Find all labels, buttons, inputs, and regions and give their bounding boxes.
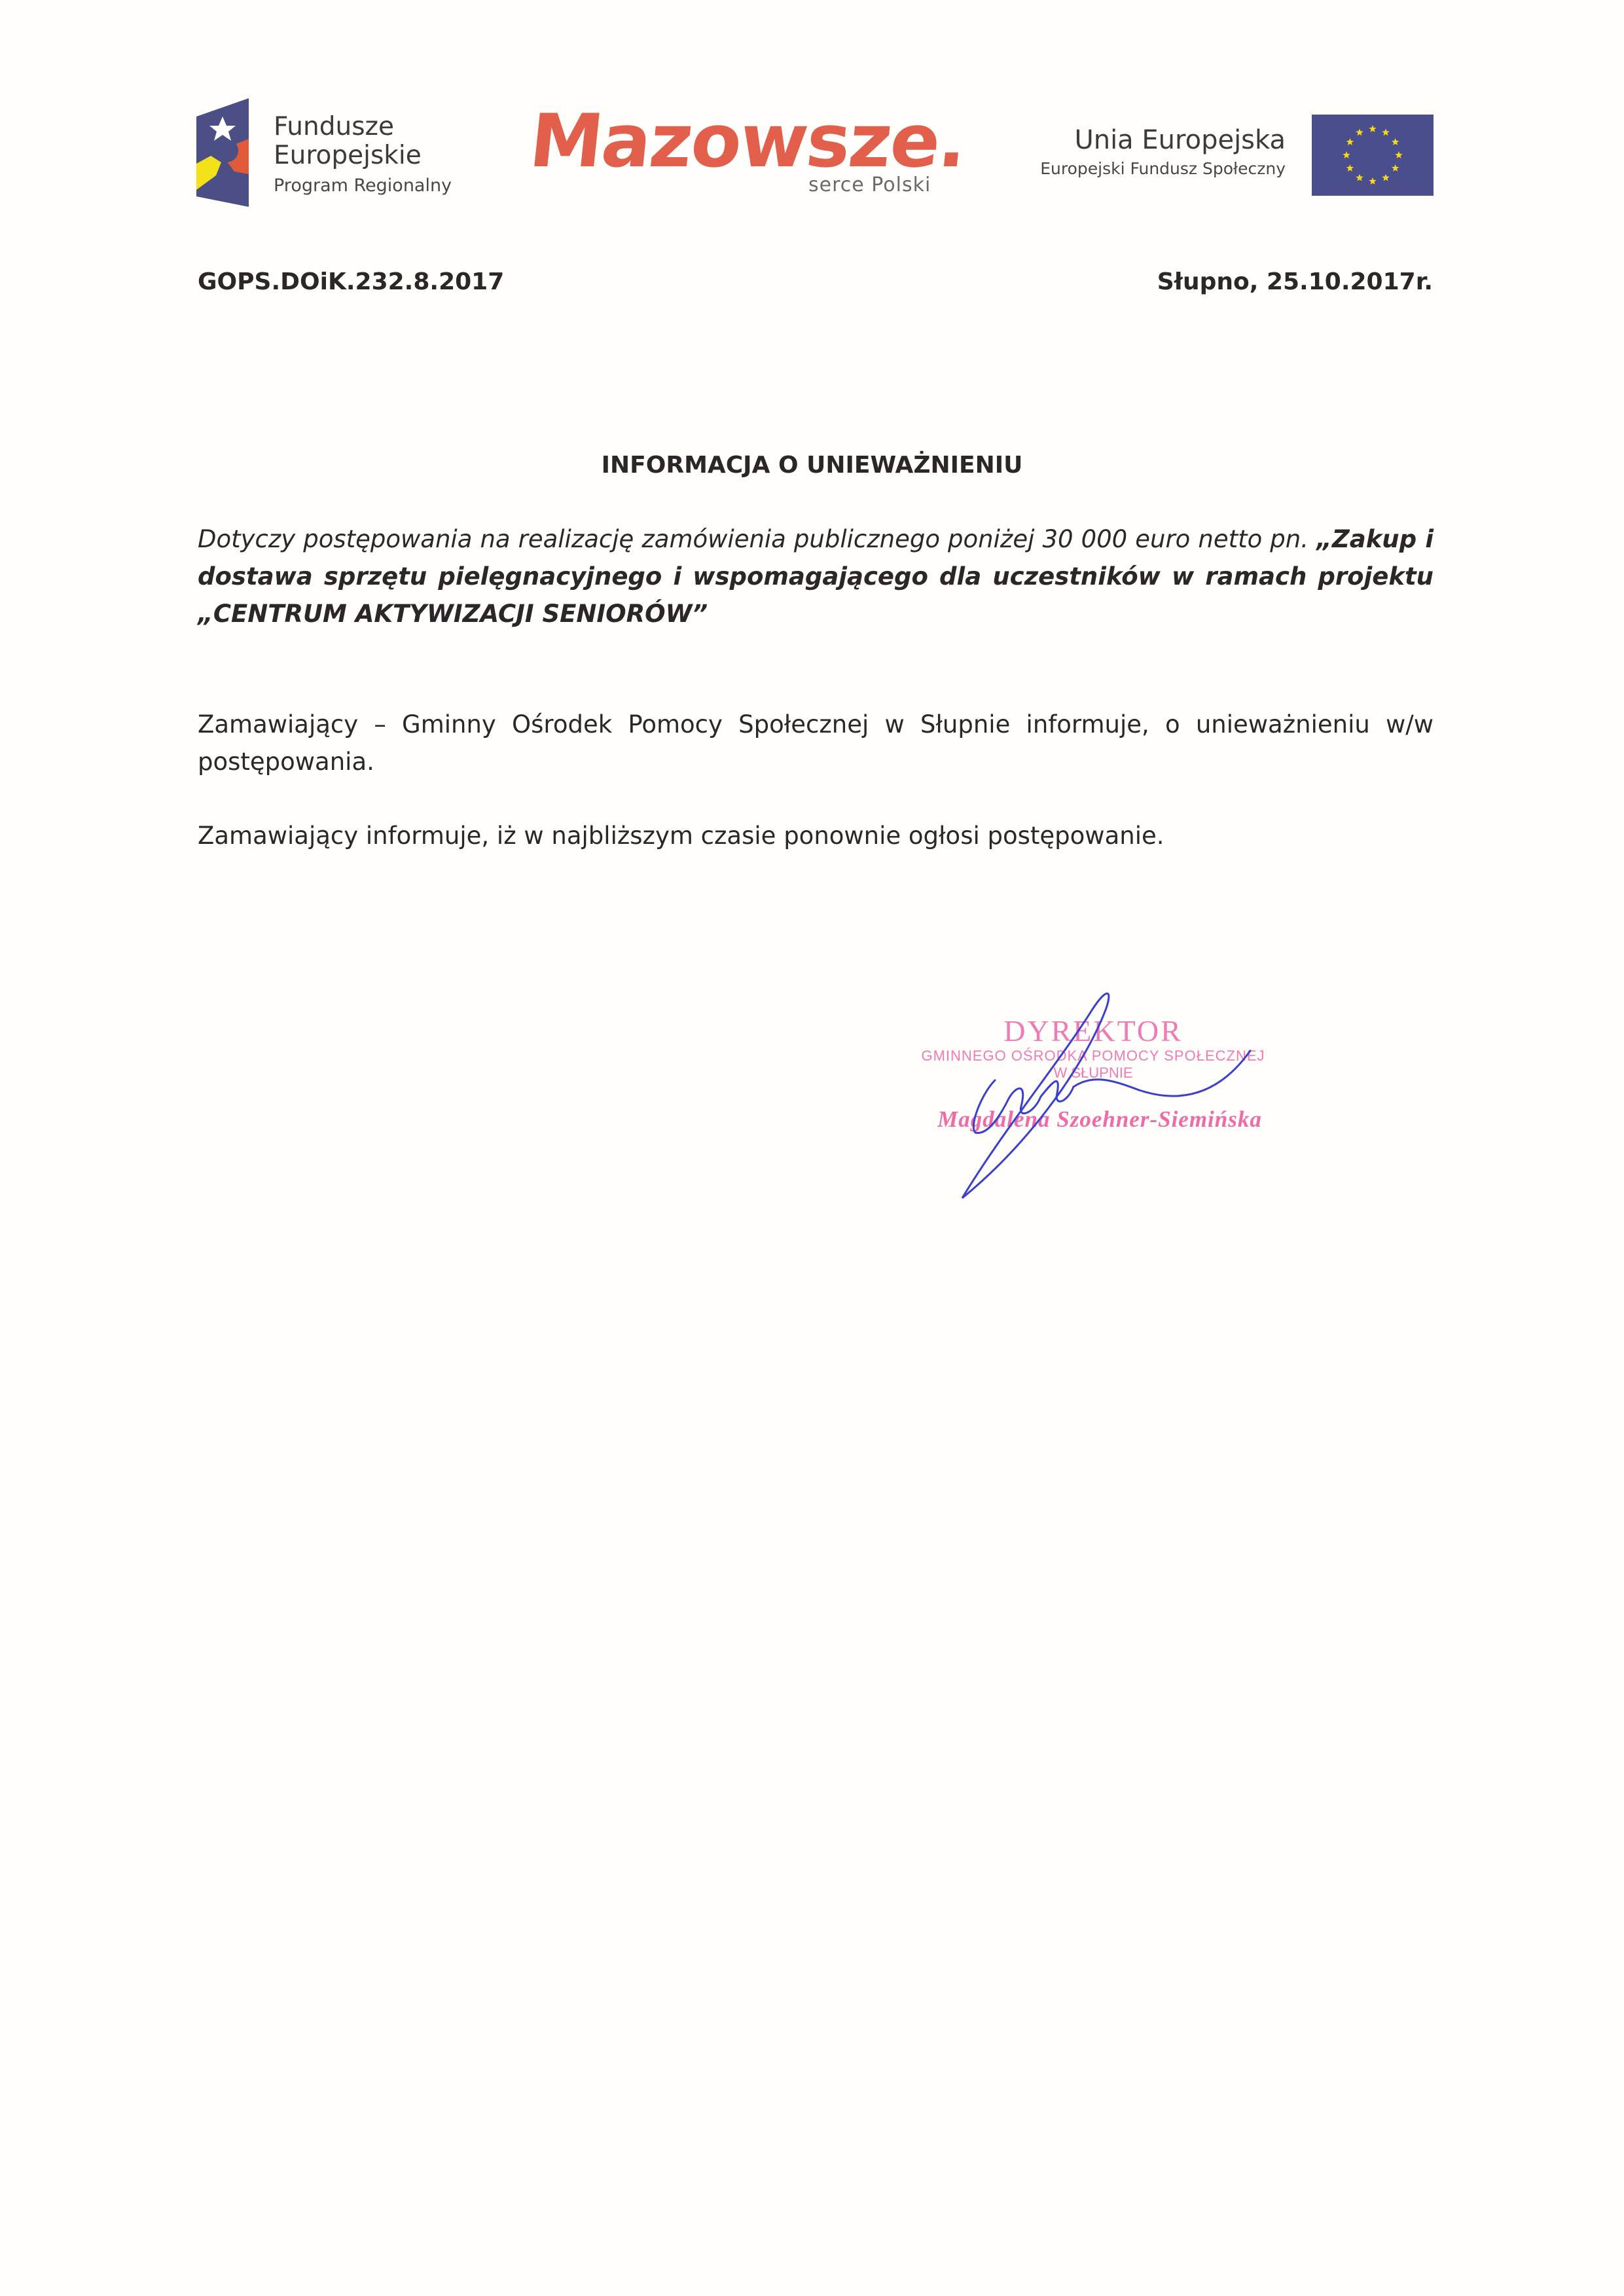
cancellation-paragraph: Zamawiający – Gminny Ośrodek Pomocy Społ…	[198, 706, 1434, 780]
fe-title-line2: Europejskie	[274, 141, 452, 170]
subject-paragraph: Dotyczy postępowania na realizację zamów…	[198, 520, 1434, 632]
fe-subtitle: Program Regionalny	[274, 174, 452, 198]
ue-subtitle: Europejski Fundusz Społeczny	[1040, 156, 1286, 182]
handwritten-signature-icon	[943, 982, 1283, 1211]
place-date: Słupno, 25.10.2017r.	[1157, 268, 1433, 295]
mazowsze-subtitle: serce Polski	[808, 173, 931, 196]
ue-title: Unia Europejska	[1040, 124, 1286, 156]
fundusze-europejskie-logo: Fundusze Europejskie Program Regionalny	[274, 113, 452, 198]
unia-europejska-logo: Unia Europejska Europejski Fundusz Społe…	[1040, 124, 1286, 182]
subject-text: Dotyczy postępowania na realizację zamów…	[198, 525, 1316, 553]
document-title: INFORMACJA O UNIEWAŻNIENIU	[0, 452, 1624, 479]
reannouncement-paragraph: Zamawiający informuje, iż w najbliższym …	[198, 817, 1434, 854]
fundusze-europejskie-flag-icon	[196, 98, 249, 207]
document-reference: GOPS.DOiK.232.8.2017	[198, 268, 504, 295]
fe-title-line1: Fundusze	[274, 113, 452, 141]
eu-flag-icon	[1312, 115, 1434, 196]
mazowsze-logo: Mazowsze.	[526, 105, 969, 178]
